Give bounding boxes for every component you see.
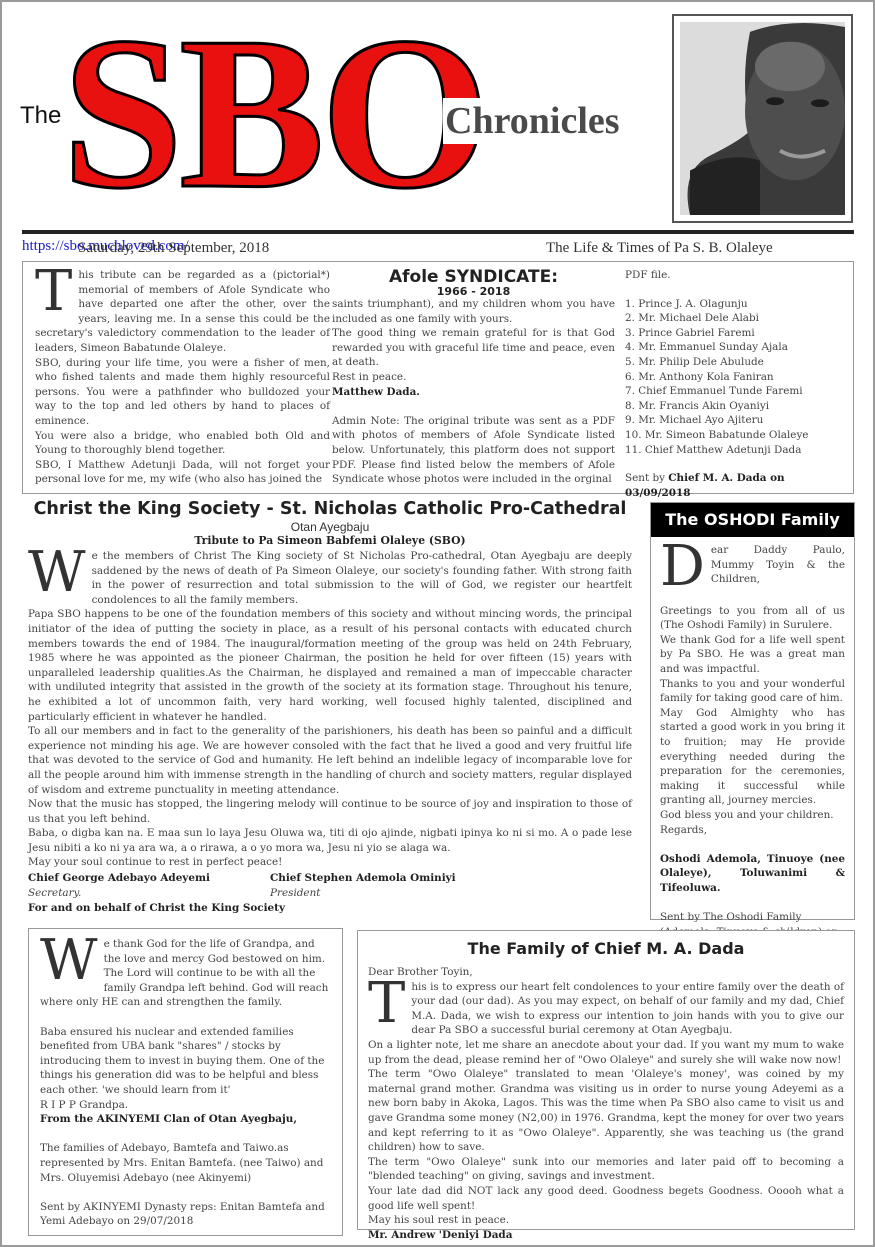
- paragraph: his is to express our heart felt condole…: [411, 981, 844, 1037]
- list-item: 10. Mr. Simeon Babatunde Olaleye: [625, 428, 851, 443]
- afole-column-3: PDF file. 1. Prince J. A. Olagunju 2. Mr…: [625, 268, 851, 500]
- secretary-name: Chief George Adebayo Adeyemi: [28, 871, 270, 886]
- paragraph: May his soul rest in peace.: [368, 1213, 844, 1228]
- admin-note: Admin Note: The original tribute was sen…: [332, 414, 615, 487]
- greeting: Dear Brother Toyin,: [368, 965, 844, 980]
- masthead: The SBO Chronicles: [0, 0, 875, 230]
- paragraph: Regards,: [660, 823, 845, 838]
- paragraph: Rest in peace.: [332, 370, 615, 385]
- list-item: 9. Mr. Michael Ayo Ajiteru: [625, 413, 851, 428]
- paragraph: Baba, o digba kan na. E maa sun lo laya …: [28, 826, 632, 855]
- article-title: The Family of Chief M. A. Dada: [358, 939, 854, 959]
- dateline: Saturday, 29th September, 2018 https://s…: [22, 238, 854, 260]
- list-item: 6. Mr. Anthony Kola Faniran: [625, 370, 851, 385]
- article-years: 1966 - 2018: [332, 286, 615, 297]
- paragraph: The term "Owo Olaleye" sunk into our mem…: [368, 1155, 844, 1184]
- masthead-the: The: [20, 102, 61, 130]
- dropcap: T: [35, 270, 72, 314]
- list-item: 5. Mr. Philip Dele Abulude: [625, 355, 851, 370]
- sent-by: Sent by Chief M. A. Dada on 03/09/2018: [625, 471, 851, 500]
- paragraph: May your soul continue to rest in perfec…: [28, 855, 632, 870]
- paragraph: The good thing we remain grateful for is…: [332, 326, 615, 370]
- portrait-photo: [680, 22, 845, 215]
- paragraph: PDF file.: [625, 268, 851, 283]
- signature: Oshodi Ademola, Tinuoye (nee Olaleye), T…: [660, 852, 845, 896]
- paragraph: On a lighter note, let me share an anecd…: [368, 1038, 844, 1067]
- from-line: From the AKINYEMI Clan of Otan Ayegbaju,: [40, 1112, 331, 1127]
- sent-by: Sent by AKINYEMI Dynasty reps: Enitan Ba…: [40, 1200, 331, 1229]
- paragraph: Your late dad did NOT lack any good deed…: [368, 1184, 844, 1213]
- dropcap: W: [40, 939, 98, 983]
- president-role: President: [270, 886, 512, 901]
- list-item: 3. Prince Gabriel Faremi: [625, 326, 851, 341]
- article-title: Afole SYNDICATE:: [332, 268, 615, 286]
- article-title: Christ the King Society - St. Nicholas C…: [22, 498, 638, 520]
- paragraph: Baba ensured his nuclear and extended fa…: [40, 1025, 331, 1098]
- afole-syndicate-article: This tribute can be regarded as a (picto…: [22, 261, 854, 494]
- paragraph: May God Almighty who has started a good …: [660, 706, 845, 808]
- paragraph: saints triumphant), and my children whom…: [332, 297, 615, 326]
- article-title: The OSHODI Family: [651, 503, 854, 537]
- masthead-chronicles: Chronicles: [443, 98, 624, 144]
- paragraph: We thank God for a life well spent by Pa…: [660, 633, 845, 677]
- akinyemi-clan-article: We thank God for the life of Grandpa, an…: [28, 928, 343, 1236]
- paragraph: Greetings to you from all of us (The Osh…: [660, 604, 845, 633]
- afole-column-1: This tribute can be regarded as a (picto…: [35, 268, 330, 487]
- portrait-frame: [672, 14, 853, 223]
- list-item: 7. Chief Emmanuel Tunde Faremi: [625, 384, 851, 399]
- paragraph: Now that the music has stopped, the ling…: [28, 797, 632, 826]
- portrait-icon: [680, 22, 845, 215]
- paragraph: e the members of Christ The King society…: [92, 550, 632, 606]
- masthead-sbo-logo: SBO: [62, 14, 486, 214]
- paragraph: SBO, during your life time, you were a f…: [35, 356, 330, 429]
- on-behalf: For and on behalf of Christ the King Soc…: [22, 901, 638, 916]
- masthead-rule: [22, 230, 854, 234]
- paragraph: R I P P Grandpa.: [40, 1098, 331, 1113]
- member-list: 1. Prince J. A. Olagunju 2. Mr. Michael …: [625, 297, 851, 458]
- list-item: 2. Mr. Michael Dele Alabi: [625, 311, 851, 326]
- paragraph: To all our members and in fact to the ge…: [28, 724, 632, 797]
- oshodi-family-article: The OSHODI Family Dear Daddy Paulo, Mumm…: [650, 502, 855, 920]
- paragraph: God bless you and your children.: [660, 808, 845, 823]
- secretary-role: Secretary.: [28, 886, 270, 901]
- paragraph: Thanks to you and your wonderful family …: [660, 677, 845, 706]
- article-subtitle: Otan Ayegbaju: [22, 520, 638, 534]
- signature: Mr. Andrew 'Deniyi Dada: [368, 1228, 844, 1243]
- dropcap: T: [368, 982, 405, 1026]
- dada-family-article: The Family of Chief M. A. Dada Dear Brot…: [357, 930, 855, 1230]
- list-item: 4. Mr. Emmanuel Sunday Ajala: [625, 340, 851, 355]
- paragraph: his tribute can be regarded as a (pictor…: [35, 269, 330, 354]
- list-item: 11. Chief Matthew Adetunji Dada: [625, 443, 851, 458]
- paragraph: ear Daddy Paulo, Mummy Toyin & the Child…: [711, 544, 845, 585]
- tagline: The Life & Times of Pa S. B. Olaleye: [546, 240, 773, 257]
- christ-the-king-article: Christ the King Society - St. Nicholas C…: [22, 498, 638, 918]
- issue-date: Saturday, 29th September, 2018: [78, 240, 269, 257]
- tribute-heading: Tribute to Pa Simeon Babfemi Olaleye (SB…: [22, 534, 638, 548]
- paragraph: You were also a bridge, who enabled both…: [35, 429, 330, 458]
- afole-column-2: Afole SYNDICATE: 1966 - 2018 saints triu…: [332, 268, 615, 487]
- dropcap: W: [28, 551, 86, 595]
- paragraph: SBO, I Matthew Adetunji Dada, will not f…: [35, 458, 330, 487]
- paragraph: The term "Owo Olaleye" translated to mea…: [368, 1067, 844, 1155]
- list-item: 1. Prince J. A. Olagunju: [625, 297, 851, 312]
- signatures: Chief George Adebayo Adeyemi Secretary. …: [22, 871, 638, 900]
- paragraph: Papa SBO happens to be one of the founda…: [28, 607, 632, 724]
- president-name: Chief Stephen Ademola Ominiyi: [270, 871, 512, 886]
- signature: Matthew Dada.: [332, 385, 615, 400]
- dropcap: D: [660, 545, 705, 589]
- paragraph: The families of Adebayo, Bamtefa and Tai…: [40, 1141, 331, 1185]
- list-item: 8. Mr. Francis Akin Oyaniyi: [625, 399, 851, 414]
